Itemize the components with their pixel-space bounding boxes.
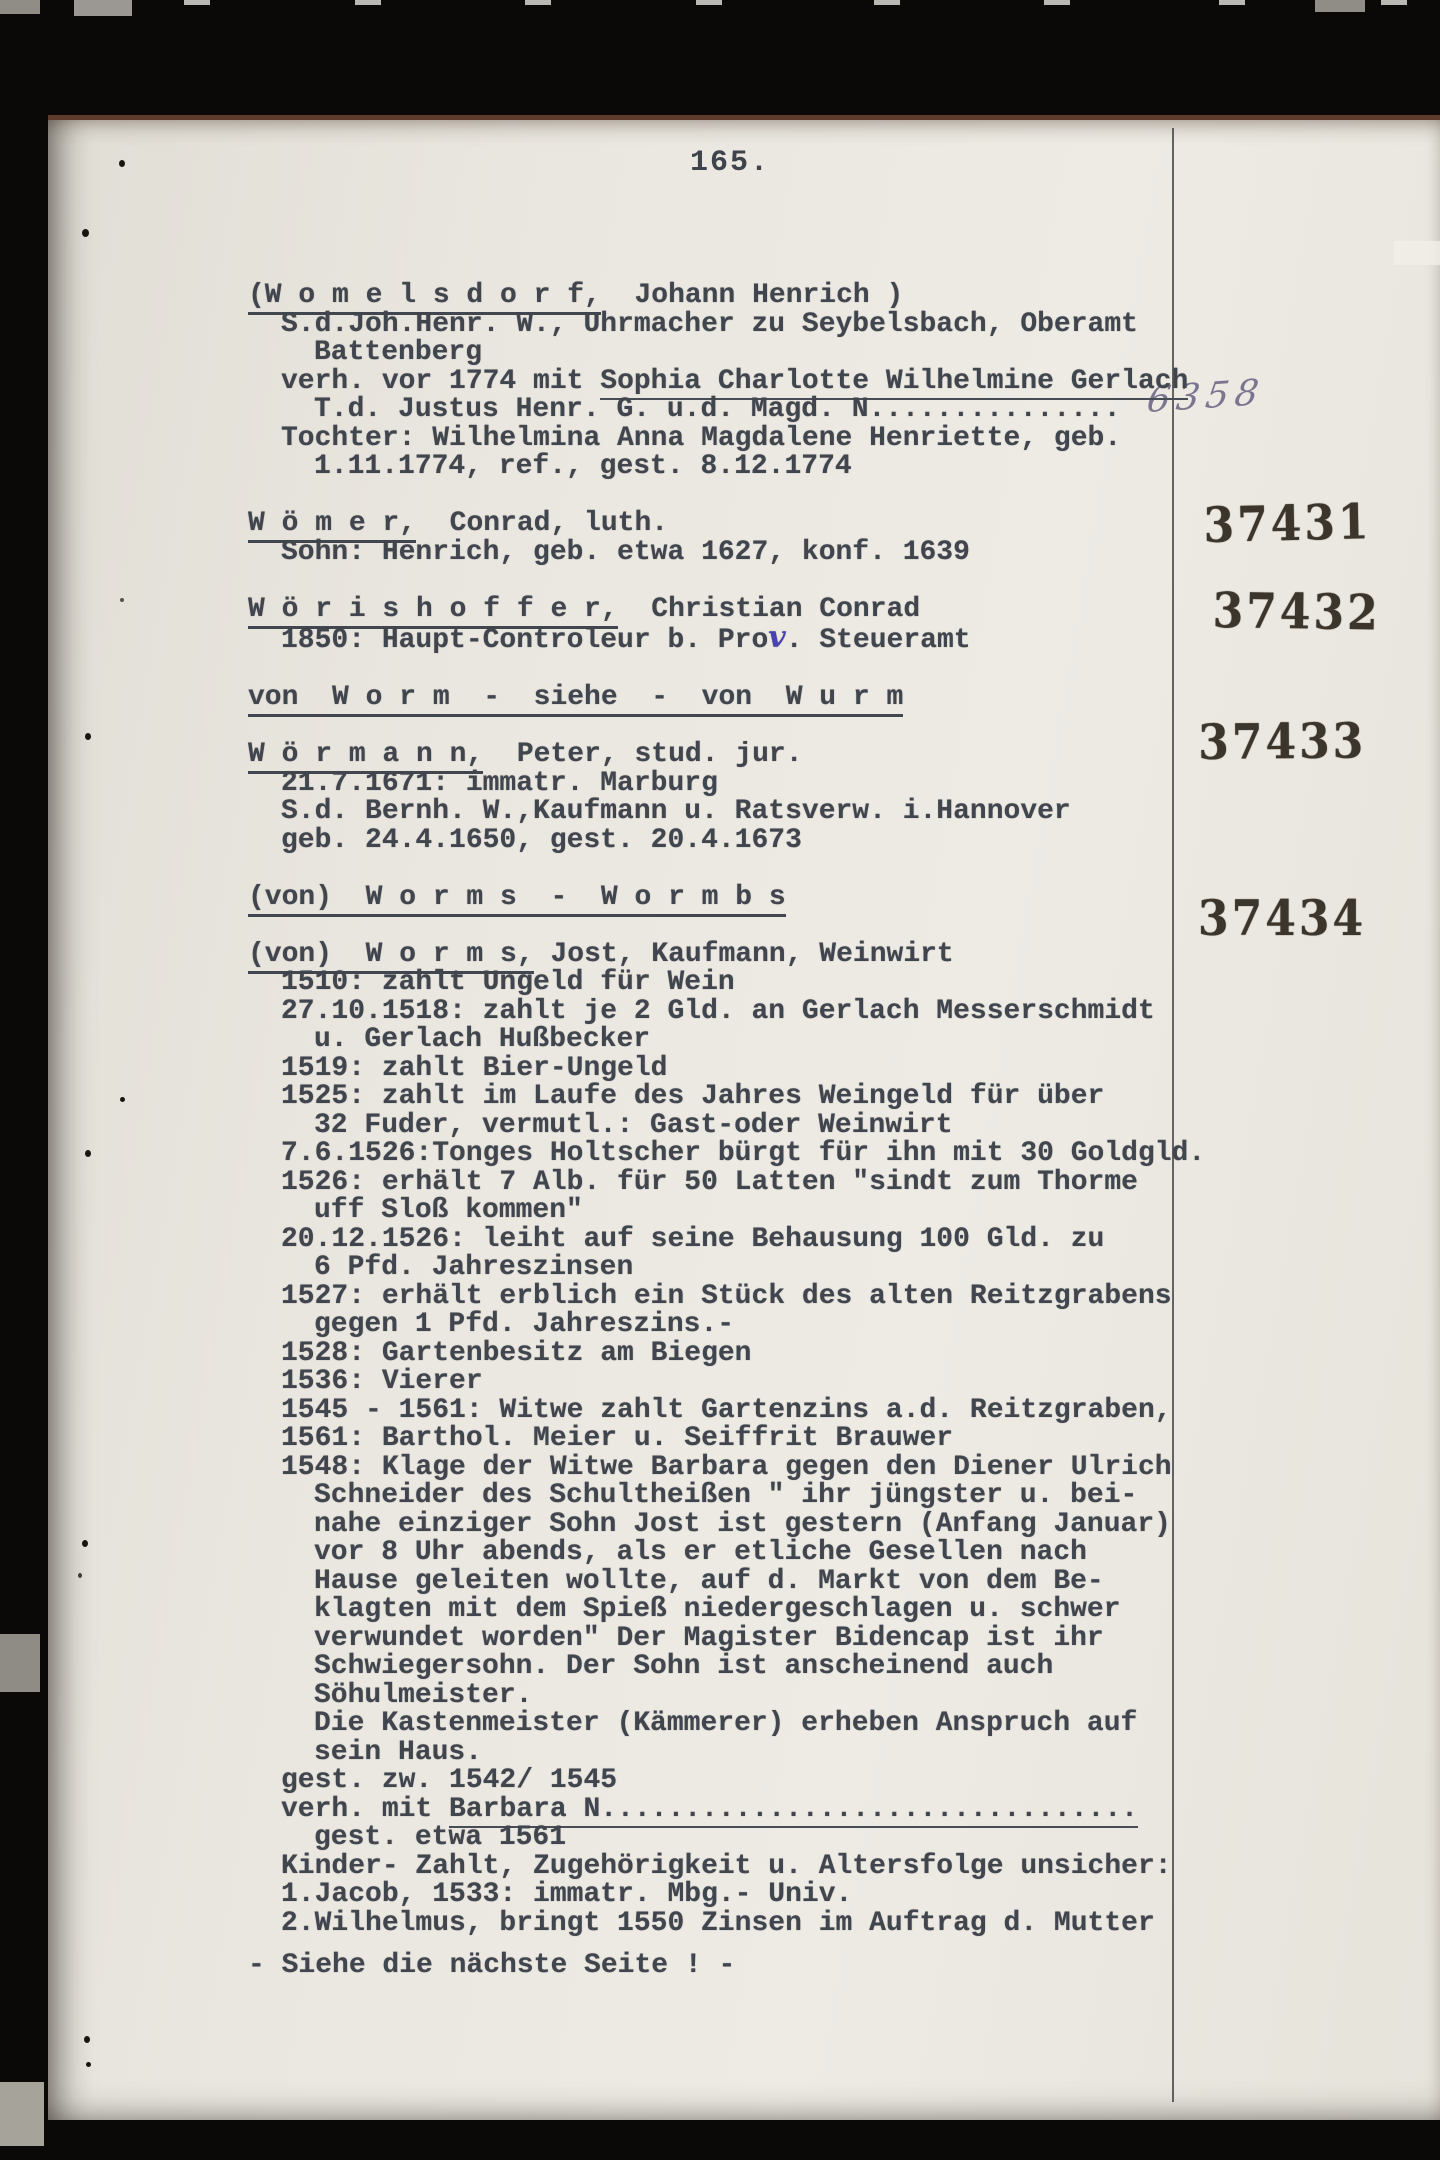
entry-heading-line: W ö r m a n n, Peter, stud. jur. [48,741,1440,770]
typed-line: gegen 1 Pfd. Jahreszins.- [48,1311,1440,1340]
film-mark [0,0,40,14]
punch-dot [85,1150,91,1157]
typed-line: S.d. Bernh. W.,Kaufmann u. Ratsverw. i.H… [48,798,1440,827]
typed-line: 20.12.1526: leiht auf seine Behausung 10… [48,1226,1440,1255]
film-tick [184,0,210,5]
film-mark [1315,0,1365,12]
typed-line: 1528: Gartenbesitz am Biegen [48,1340,1440,1369]
typed-line: 1545 - 1561: Witwe zahlt Gartenzins a.d.… [48,1397,1440,1426]
typed-line: Hause geleiten wollte, auf d. Markt von … [48,1568,1440,1597]
typed-line: 1548: Klage der Witwe Barbara gegen den … [48,1454,1440,1483]
entry-heading-line: von W o r m - siehe - von W u r m [48,684,1440,713]
punch-dot [85,733,91,740]
document-page: 165. 6358 37431 37432 37433 37434 (W o m… [48,120,1440,2120]
punch-dot [119,160,125,167]
typed-line: Kinder- Zahlt, Zugehörigkeit u. Altersfo… [48,1853,1440,1882]
entry-heading-line: (W o m e l s d o r f, Johann Henrich ) [48,282,1440,311]
punch-dot [120,1097,125,1102]
film-tick [1219,0,1245,5]
film-tick [1381,0,1407,5]
entry-heading-line: (von) W o r m s, Jost, Kaufmann, Weinwir… [48,941,1440,970]
typed-line: vor 8 Uhr abends, als er etliche Geselle… [48,1539,1440,1568]
typed-line: 27.10.1518: zahlt je 2 Gld. an Gerlach M… [48,998,1440,1027]
typed-line: 1526: erhält 7 Alb. für 50 Latten "sindt… [48,1169,1440,1198]
entry-heading-line: W ö m e r, Conrad, luth. [48,510,1440,539]
scan-root: { "page": { "number": "165.", "handwritt… [0,0,1440,2160]
film-tick [355,0,381,5]
typed-line: 2.Wilhelmus, bringt 1550 Zinsen im Auftr… [48,1910,1440,1939]
typed-line: verh. vor 1774 mit Sophia Charlotte Wilh… [48,368,1440,397]
typed-line: Söhulmeister. [48,1682,1440,1711]
page-corner-highlight [1394,241,1440,265]
punch-dot [82,1540,88,1547]
typed-line: uff Sloß kommen" [48,1197,1440,1226]
film-mark [0,1634,40,1692]
ink-correction: v [768,620,785,655]
entry-heading-line: (von) W o r m s - W o r m b s [48,884,1440,913]
entry-heading-line: W ö r i s h o f f e r, Christian Conrad [48,596,1440,625]
typed-line: u. Gerlach Hußbecker [48,1026,1440,1055]
typed-line: Schneider des Schultheißen " ihr jüngste… [48,1482,1440,1511]
typed-line: - Siehe die nächste Seite ! - [48,1952,1440,1981]
film-tick [525,0,551,5]
typed-line: sein Haus. [48,1739,1440,1768]
typed-line: verh. mit Barbara N.....................… [48,1796,1440,1825]
typed-line: 1527: erhält erblich ein Stück des alten… [48,1283,1440,1312]
typed-line: 7.6.1526:Tonges Holtscher bürgt für ihn … [48,1140,1440,1169]
film-tick [696,0,722,5]
typed-line: Schwiegersohn. Der Sohn ist anscheinend … [48,1653,1440,1682]
typed-line: 32 Fuder, vermutl.: Gast-oder Weinwirt [48,1112,1440,1141]
film-tick [874,0,900,5]
typed-line: Battenberg [48,339,1440,368]
typed-line: klagten mit dem Spieß niedergeschlagen u… [48,1596,1440,1625]
typed-line: 1850: Haupt-Controleur b. Prov. Steueram… [48,624,1440,656]
typed-line: 1.Jacob, 1533: immatr. Mbg.- Univ. [48,1881,1440,1910]
typed-line: Tochter: Wilhelmina Anna Magdalene Henri… [48,425,1440,454]
typed-line: 1.11.1774, ref., gest. 8.12.1774 [48,453,1440,482]
typed-line: gest. zw. 1542/ 1545 [48,1767,1440,1796]
film-mark [74,0,132,16]
page-number: 165. [690,146,770,180]
punch-dot [86,2062,91,2067]
typed-text: (W o m e l s d o r f, Johann Henrich )S.… [48,282,1440,1981]
punch-dot [120,598,124,602]
typed-line: verwundet worden" Der Magister Bidencap … [48,1625,1440,1654]
typed-line: 1525: zahlt im Laufe des Jahres Weingeld… [48,1083,1440,1112]
typed-line: 6 Pfd. Jahreszinsen [48,1254,1440,1283]
typed-line: gest. etwa 1561 [48,1824,1440,1853]
typed-line: Die Kastenmeister (Kämmerer) erheben Ans… [48,1710,1440,1739]
punch-dot [82,229,89,237]
typed-line: T.d. Justus Henr. G. u.d. Magd. N.......… [48,396,1440,425]
typed-line: geb. 24.4.1650, gest. 20.4.1673 [48,827,1440,856]
typed-line: 1561: Barthol. Meier u. Seiffrit Brauwer [48,1425,1440,1454]
film-tick [1044,0,1070,5]
punch-dot [84,2036,90,2043]
punch-dot [78,1573,82,1578]
film-mark [0,2082,44,2146]
typed-line: 1519: zahlt Bier-Ungeld [48,1055,1440,1084]
typed-line: nahe einziger Sohn Jost ist gestern (Anf… [48,1511,1440,1540]
typed-line: 1536: Vierer [48,1368,1440,1397]
